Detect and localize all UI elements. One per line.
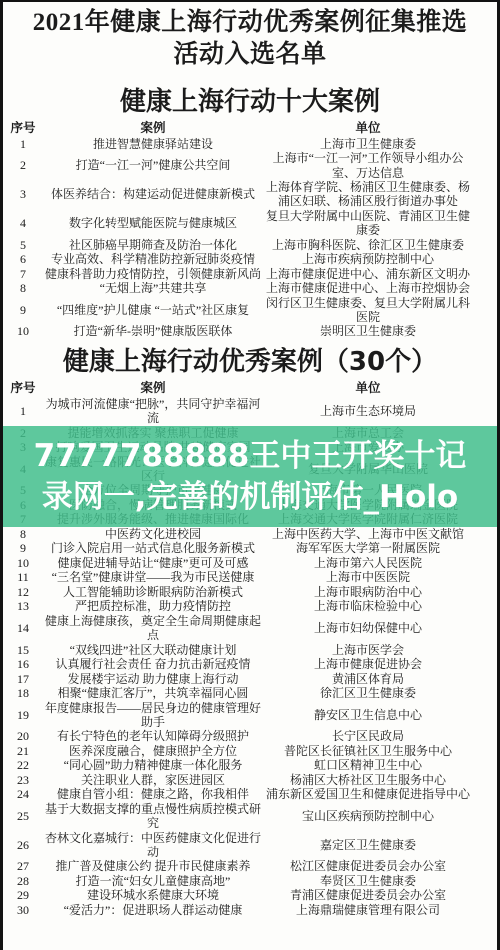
table-excellent30: 序号 案例 单位 1 为城市河流健康“把脉”，共同守护幸福河流 上海市生态环境局… [3, 381, 497, 918]
row-index: 5 [3, 238, 43, 252]
table-row: 9 门诊入院启用一站式信息化服务新模式 海军军医大学第一附属医院 [3, 541, 497, 556]
row-unit: 上海市疾病预防控制中心 [263, 252, 473, 266]
row-index: 6 [3, 498, 43, 512]
row-unit: 嘉定区卫生健康委 [263, 838, 473, 852]
row-index: 9 [3, 541, 43, 555]
row-index: 24 [3, 787, 43, 801]
row-unit: 上海市医学会 [263, 643, 473, 657]
table-row: 6 专业高效、科学精准防控新冠肺炎疫情 上海市疾病预防控制中心 [3, 252, 497, 267]
table-row: 5 全方位全周期守护市民健康 上海市第一人民医院 [3, 483, 497, 498]
header-unit: 单位 [263, 381, 473, 396]
table-row: 3 打响爱国卫生运动品牌 共建健康家园 上海市爱卫办 [3, 440, 497, 455]
row-case: 门诊入院启用一站式信息化服务新模式 [43, 541, 263, 555]
row-unit: 上海市妇幼保健中心 [263, 621, 473, 635]
row-unit: 上海市眼病防治中心 [263, 585, 473, 599]
row-case: 提能增效抓落实 聚焦职工促健康 [43, 426, 263, 440]
table-row: 15 “双线四进”社区大联动健康计划 上海市医学会 [3, 643, 497, 658]
table-top10-body: 1 推进智慧健康驿站建设 上海市卫生健康委 2 打造“一江一河”健康公共空间 上… [3, 137, 497, 339]
row-index: 17 [3, 672, 43, 686]
row-case: “同心圆”助力精神健康一体化服务 [43, 758, 263, 772]
row-case: “四维度”护儿健康 “一站式”社区康复 [43, 303, 263, 317]
row-unit: 上海市第六人民医院 [263, 556, 473, 570]
row-unit: 上海市胸科医院、徐汇区卫生健康委 [263, 238, 473, 252]
row-index: 15 [3, 643, 43, 657]
table-row: 10 健康促进辅导站让“健康”更可及可感 上海市第六人民医院 [3, 556, 497, 571]
row-case: 医防融合，慢病管理服务新模式 [43, 498, 263, 512]
table-row: 28 打造一流“妇女儿童健康高地” 奉贤区卫生健康委 [3, 874, 497, 889]
table-row: 26 杏林文化嘉城行：中医药健康文化促进行动 嘉定区卫生健康委 [3, 831, 497, 860]
row-unit: 上海市卫生健康委 [263, 137, 473, 151]
row-unit: 上海市临床检验中心 [263, 599, 473, 613]
table-row: 8 中医药文化进校园 上海中医药大学、上海市中医文献馆 [3, 527, 497, 542]
document-page: 2021年健康上海行动优秀案例征集推选 活动入选名单 健康上海行动十大案例 序号… [0, 0, 500, 950]
row-unit: 上海体育学院、杨浦区卫生健康委、杨浦区妇联、杨浦区殷行街道办事处 [263, 180, 473, 209]
row-case: 建设环城水系健康大环境 [43, 888, 263, 902]
row-unit: 上海鼎瑞健康管理有限公司 [263, 903, 473, 917]
row-unit: 上海市第一人民医院 [263, 483, 473, 497]
row-case: 打响爱国卫生运动品牌 共建健康家园 [43, 440, 263, 454]
row-index: 4 [3, 216, 43, 230]
header-unit: 单位 [263, 121, 473, 136]
row-index: 25 [3, 809, 43, 823]
row-unit: 徐汇区卫生健康委 [263, 686, 473, 700]
row-index: 9 [3, 303, 43, 317]
table-row: 8 “无烟上海”共建共享 上海市健康促进中心、上海市控烟协会 [3, 281, 497, 296]
table-row: 4 数字化转型赋能医院与健康城区 复旦大学附属中山医院、青浦区卫生健康委 [3, 209, 497, 238]
row-index: 1 [3, 137, 43, 151]
document-title: 2021年健康上海行动优秀案例征集推选 活动入选名单 [3, 7, 497, 71]
row-case: 健康科普助力疫情防控，引领健康新风尚 [43, 267, 263, 281]
row-index: 16 [3, 657, 43, 671]
row-case: 全方位全周期守护市民健康 [43, 483, 263, 497]
row-index: 19 [3, 708, 43, 722]
row-case: 推广普及健康公约 提升市民健康素养 [43, 859, 263, 873]
header-case: 案例 [43, 121, 263, 136]
table-header-row: 序号 案例 单位 [3, 121, 497, 137]
row-unit: 浦东新区爱国卫生和健康促进指导中心 [263, 787, 473, 801]
section-title-top10: 健康上海行动十大案例 [3, 86, 497, 120]
row-case: 提升涉外服务能级、推进健康国际化 [43, 512, 263, 526]
table-row: 27 推广普及健康公约 提升市民健康素养 松江区健康促进委员会办公室 [3, 859, 497, 874]
row-index: 29 [3, 888, 43, 902]
row-case: 健康自管小组：健康之路，你我相伴 [43, 787, 263, 801]
row-case: 发展楼宇运动 助力健康上海行动 [43, 672, 263, 686]
row-case: 打造“新华-崇明”健康版医联体 [43, 324, 263, 338]
section-title-excellent30: 健康上海行动优秀案例（30个） [3, 346, 497, 380]
row-index: 27 [3, 859, 43, 873]
row-unit: 上海市中医医院 [263, 570, 473, 584]
row-unit: 上海中医药大学、上海市中医文献馆 [263, 527, 473, 541]
row-unit: 上海市健康促进协会 [263, 657, 473, 671]
row-index: 8 [3, 527, 43, 541]
row-case: 推进智慧健康驿站建设 [43, 137, 263, 151]
table-row: 16 认真履行社会责任 奋力抗击新冠疫情 上海市健康促进协会 [3, 657, 497, 672]
table-row: 4 康复惠民一路阳光：医学科普健康促进社区行 复旦大学附属华山医院 [3, 455, 497, 484]
row-unit: 青浦区健康促进委员会办公室 [263, 888, 473, 902]
row-index: 7 [3, 267, 43, 281]
table-row: 18 相聚“健康汇客厅”，共筑幸福同心圆 徐汇区卫生健康委 [3, 686, 497, 701]
row-index: 6 [3, 252, 43, 266]
row-case: 严把质控标准，助力疫情防控 [43, 599, 263, 613]
table-row: 6 医防融合，慢病管理服务新模式 上海交通大学医学院附属瑞金医院 [3, 498, 497, 513]
row-unit: 上海市“一江一河”工作领导小组办公室、万达信息 [263, 151, 473, 180]
row-index: 22 [3, 758, 43, 772]
row-case: 关注职业人群，家医进园区 [43, 773, 263, 787]
table-row: 20 有长宁特色的老年认知障碍分级照护 长宁区民政局 [3, 729, 497, 744]
row-case: “三名堂”健康讲堂——我为市民送健康 [43, 570, 263, 584]
row-index: 10 [3, 324, 43, 338]
row-case: 体医养结合：构建运动促进健康新模式 [43, 187, 263, 201]
table-row: 9 “四维度”护儿健康 “一站式”社区康复 闵行区卫生健康委、复旦大学附属儿科医… [3, 296, 497, 325]
row-case: 康复惠民一路阳光：医学科普健康促进社区行 [43, 455, 263, 484]
row-index: 3 [3, 187, 43, 201]
row-index: 13 [3, 599, 43, 613]
table-row: 19 年度健康报告——居民身边的健康管理好助手 静安区卫生信息中心 [3, 701, 497, 730]
row-index: 8 [3, 281, 43, 295]
row-unit: 复旦大学附属中山医院、青浦区卫生健康委 [263, 209, 473, 238]
table-row: 21 医养深度融合，健康照护全方位 普陀区长征镇社区卫生服务中心 [3, 744, 497, 759]
row-index: 2 [3, 158, 43, 172]
row-index: 23 [3, 773, 43, 787]
table-row: 12 人工智能辅助诊断眼病防治新模式 上海市眼病防治中心 [3, 585, 497, 600]
row-index: 11 [3, 570, 43, 584]
row-index: 4 [3, 462, 43, 476]
row-unit: 上海市健康促进中心、上海市控烟协会 [263, 281, 473, 295]
row-case: 打造“一江一河”健康公共空间 [43, 158, 263, 172]
table-row: 1 为城市河流健康“把脉”，共同守护幸福河流 上海市生态环境局 [3, 397, 497, 426]
table-row: 23 关注职业人群，家医进园区 杨浦区大桥社区卫生服务中心 [3, 773, 497, 788]
table-row: 2 提能增效抓落实 聚焦职工促健康 上海市总工会 [3, 426, 497, 441]
document-title-line2: 活动入选名单 [3, 39, 497, 71]
row-index: 20 [3, 729, 43, 743]
row-unit: 松江区健康促进委员会办公室 [263, 859, 473, 873]
row-index: 10 [3, 556, 43, 570]
row-case: “双线四进”社区大联动健康计划 [43, 643, 263, 657]
row-index: 18 [3, 686, 43, 700]
row-case: 为城市河流健康“把脉”，共同守护幸福河流 [43, 397, 263, 426]
row-case: “无烟上海”共建共享 [43, 281, 263, 295]
row-index: 1 [3, 404, 43, 418]
row-case: 健康促进辅导站让“健康”更可及可感 [43, 556, 263, 570]
row-unit: 崇明区卫生健康委 [263, 324, 473, 338]
table-row: 22 “同心圆”助力精神健康一体化服务 虹口区精神卫生中心 [3, 758, 497, 773]
row-unit: 上海交通大学医学院附属仁济医院 [263, 512, 473, 526]
row-case: 社区肺癌早期筛查及防治一体化 [43, 238, 263, 252]
row-unit: 上海市健康促进中心、浦东新区文明办 [263, 267, 473, 281]
table-row: 14 健康上海健康孩，奠定全生命周期健康起点 上海市妇幼保健中心 [3, 614, 497, 643]
row-case: 人工智能辅助诊断眼病防治新模式 [43, 585, 263, 599]
row-case: 数字化转型赋能医院与健康城区 [43, 216, 263, 230]
row-index: 2 [3, 426, 43, 440]
table-excellent30-body: 1 为城市河流健康“把脉”，共同守护幸福河流 上海市生态环境局 2 提能增效抓落… [3, 397, 497, 918]
row-unit: 海军军医大学第一附属医院 [263, 541, 473, 555]
table-top10: 序号 案例 单位 1 推进智慧健康驿站建设 上海市卫生健康委 2 打造“一江一河… [3, 121, 497, 339]
row-case: 健康上海健康孩，奠定全生命周期健康起点 [43, 614, 263, 643]
row-unit: 闵行区卫生健康委、复旦大学附属儿科医院 [263, 296, 473, 325]
row-unit: 上海市爱卫办 [263, 440, 473, 454]
row-unit: 黄浦区体育局 [263, 672, 473, 686]
table-row: 3 体医养结合：构建运动促进健康新模式 上海体育学院、杨浦区卫生健康委、杨浦区妇… [3, 180, 497, 209]
row-unit: 长宁区民政局 [263, 729, 473, 743]
row-unit: 上海交通大学医学院附属瑞金医院 [263, 498, 473, 512]
row-case: 打造一流“妇女儿童健康高地” [43, 874, 263, 888]
header-no: 序号 [3, 381, 43, 396]
row-index: 5 [3, 483, 43, 497]
row-case: 相聚“健康汇客厅”，共筑幸福同心圆 [43, 686, 263, 700]
row-unit: 上海市总工会 [263, 426, 473, 440]
row-index: 26 [3, 838, 43, 852]
table-row: 5 社区肺癌早期筛查及防治一体化 上海市胸科医院、徐汇区卫生健康委 [3, 238, 497, 253]
table-row: 17 发展楼宇运动 助力健康上海行动 黄浦区体育局 [3, 672, 497, 687]
table-row: 25 基于大数据支撑的重点慢性病质控模式研究 宝山区疾病预防控制中心 [3, 802, 497, 831]
table-row: 13 严把质控标准，助力疫情防控 上海市临床检验中心 [3, 599, 497, 614]
row-case: 中医药文化进校园 [43, 527, 263, 541]
row-unit: 复旦大学附属华山医院 [263, 462, 473, 476]
row-index: 3 [3, 440, 43, 454]
row-unit: 宝山区疾病预防控制中心 [263, 809, 473, 823]
row-unit: 虹口区精神卫生中心 [263, 758, 473, 772]
row-index: 7 [3, 512, 43, 526]
row-case: 有长宁特色的老年认知障碍分级照护 [43, 729, 263, 743]
table-row: 1 推进智慧健康驿站建设 上海市卫生健康委 [3, 137, 497, 152]
row-unit: 上海市生态环境局 [263, 404, 473, 418]
header-case: 案例 [43, 381, 263, 396]
row-case: “爱活力”：促进职场人群运动健康 [43, 903, 263, 917]
table-row: 24 健康自管小组：健康之路，你我相伴 浦东新区爱国卫生和健康促进指导中心 [3, 787, 497, 802]
row-unit: 杨浦区大桥社区卫生服务中心 [263, 773, 473, 787]
table-row: 7 提升涉外服务能级、推进健康国际化 上海交通大学医学院附属仁济医院 [3, 512, 497, 527]
row-index: 14 [3, 621, 43, 635]
row-index: 21 [3, 744, 43, 758]
row-case: 基于大数据支撑的重点慢性病质控模式研究 [43, 802, 263, 831]
row-unit: 奉贤区卫生健康委 [263, 874, 473, 888]
row-case: 年度健康报告——居民身边的健康管理好助手 [43, 701, 263, 730]
row-case: 医养深度融合，健康照护全方位 [43, 744, 263, 758]
header-no: 序号 [3, 121, 43, 136]
row-index: 12 [3, 585, 43, 599]
table-row: 7 健康科普助力疫情防控，引领健康新风尚 上海市健康促进中心、浦东新区文明办 [3, 267, 497, 282]
row-index: 28 [3, 874, 43, 888]
row-index: 30 [3, 903, 43, 917]
row-unit: 静安区卫生信息中心 [263, 708, 473, 722]
table-header-row: 序号 案例 单位 [3, 381, 497, 397]
document-title-line1: 2021年健康上海行动优秀案例征集推选 [3, 7, 497, 39]
table-row: 2 打造“一江一河”健康公共空间 上海市“一江一河”工作领导小组办公室、万达信息 [3, 151, 497, 180]
table-row: 29 建设环城水系健康大环境 青浦区健康促进委员会办公室 [3, 888, 497, 903]
row-case: 杏林文化嘉城行：中医药健康文化促进行动 [43, 831, 263, 860]
table-row: 30 “爱活力”：促进职场人群运动健康 上海鼎瑞健康管理有限公司 [3, 903, 497, 918]
row-case: 专业高效、科学精准防控新冠肺炎疫情 [43, 252, 263, 266]
table-row: 11 “三名堂”健康讲堂——我为市民送健康 上海市中医医院 [3, 570, 497, 585]
row-case: 认真履行社会责任 奋力抗击新冠疫情 [43, 657, 263, 671]
row-unit: 普陀区长征镇社区卫生服务中心 [263, 744, 473, 758]
table-row: 10 打造“新华-崇明”健康版医联体 崇明区卫生健康委 [3, 324, 497, 339]
